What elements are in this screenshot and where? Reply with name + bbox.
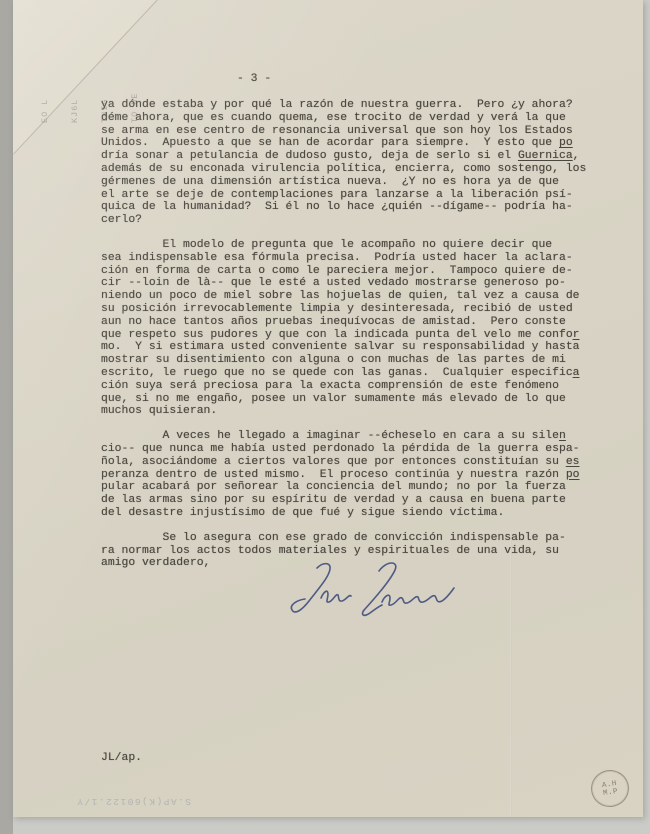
text-segment: cir --loin de là-- que le esté a usted v…	[101, 277, 566, 289]
showthrough-text-bottom-left: S.AP(K)60122.1/Y	[21, 796, 191, 807]
letter-line: el arte se deje de contemplaciones para …	[101, 189, 621, 202]
letter-page: EO L KJ6L THIG TO NE - 3 - ya dónde esta…	[13, 0, 643, 817]
text-segment: además de su enconada virulencia polític…	[101, 163, 586, 175]
text-segment: cerlo?	[101, 214, 142, 226]
text-segment: Unidos. Apuesto a que se han de acordar …	[101, 137, 559, 149]
typist-initials: JL/ap.	[101, 752, 142, 764]
letter-line: ción suya será preciosa para la exacta c…	[101, 380, 621, 393]
letter-line: gérmenes de una dimensión artística nuev…	[101, 176, 621, 189]
letter-line: quica de la humanidad? Si él no lo hace …	[101, 201, 621, 214]
letter-line: sea indispensable esa fórmula precisa. P…	[101, 252, 621, 265]
text-segment: ñola, asociándome a ciertos valores que …	[101, 456, 566, 468]
text-segment: mo. Y si estimara usted conveniente salv…	[101, 341, 580, 353]
text-segment: gérmenes de una dimensión artística nuev…	[101, 176, 559, 188]
text-segment: se arma en ese centro de resonancia univ…	[101, 125, 573, 137]
underlined-text: po	[559, 137, 573, 149]
paragraph: El modelo de pregunta que le acompaño no…	[101, 239, 621, 418]
signature-handwriting	[261, 558, 461, 628]
letter-line: ya dónde estaba y por qué la razón de nu…	[101, 99, 621, 112]
text-segment: de las armas sino por su espíritu de ver…	[101, 494, 566, 506]
text-segment: pular acabará por señorear la conciencia…	[101, 481, 566, 493]
letter-body: ya dónde estaba y por qué la razón de nu…	[101, 99, 621, 582]
signature	[261, 558, 461, 630]
text-segment: muchos quisieran.	[101, 405, 217, 417]
letter-line: escrito, le ruego que no se quede con la…	[101, 367, 621, 380]
letter-line: pular acabará por señorear la conciencia…	[101, 481, 621, 494]
underlined-text: n	[559, 430, 566, 442]
text-segment: cio-- que nunca me había usted perdonado…	[101, 443, 580, 455]
letter-line: cir --loin de là-- que le esté a usted v…	[101, 277, 621, 290]
paragraph: A veces he llegado a imaginar --écheselo…	[101, 430, 621, 520]
letter-line: Se lo asegura con ese grado de convicció…	[101, 532, 621, 545]
page-number: - 3 -	[237, 73, 271, 85]
stamp-line-2: M.P	[603, 787, 619, 797]
letter-line: además de su enconada virulencia polític…	[101, 163, 621, 176]
text-segment: El modelo de pregunta que le acompaño no…	[101, 239, 552, 251]
text-segment: ,	[573, 150, 580, 162]
text-segment: que respeto sus pudores y que con la ind…	[101, 329, 573, 341]
letter-line: aun no hace tantos años pruebas inequívo…	[101, 316, 621, 329]
text-segment: niendo un poco de miel sobre las hojuela…	[101, 290, 580, 302]
letter-line: cerlo?	[101, 214, 621, 227]
text-segment: escrito, le ruego que no se quede con la…	[101, 367, 573, 379]
archive-stamp: A.H M.P	[589, 768, 632, 810]
text-segment: quica de la humanidad? Si él no lo hace …	[101, 201, 573, 213]
text-segment: ya dónde estaba y por qué la razón de nu…	[101, 99, 573, 111]
text-segment: aun no hace tantos años pruebas inequívo…	[101, 316, 566, 328]
text-segment: ra normar los actos todos materiales y e…	[101, 545, 559, 557]
letter-line: muchos quisieran.	[101, 405, 621, 418]
underlined-text: Guernica	[518, 150, 573, 162]
underlined-text: r	[573, 329, 580, 341]
letter-line: déme ahora, que es cuando quema, ese tro…	[101, 112, 621, 125]
letter-line: niendo un poco de miel sobre las hojuela…	[101, 290, 621, 303]
letter-line: ción en forma de carta o como le parecie…	[101, 265, 621, 278]
letter-line: Unidos. Apuesto a que se han de acordar …	[101, 137, 621, 150]
text-segment: sea indispensable esa fórmula precisa. P…	[101, 252, 573, 264]
letter-line: cio-- que nunca me había usted perdonado…	[101, 443, 621, 456]
letter-line: se arma en ese centro de resonancia univ…	[101, 125, 621, 138]
text-segment: déme ahora, que es cuando quema, ese tro…	[101, 112, 566, 124]
text-segment: del desastre injustísimo de que fué y si…	[101, 507, 504, 519]
letter-line: del desastre injustísimo de que fué y si…	[101, 507, 621, 520]
text-segment: que, si no me engaño, posee un valor sum…	[101, 393, 566, 405]
letter-line: dría sonar a petulancia de dudoso gusto,…	[101, 150, 621, 163]
letter-line: ra normar los actos todos materiales y e…	[101, 545, 621, 558]
letter-line: mo. Y si estimara usted conveniente salv…	[101, 341, 621, 354]
letter-line: peranza dentro de usted mismo. El proces…	[101, 469, 621, 482]
showthrough-line: EO L	[40, 13, 50, 123]
letter-line: El modelo de pregunta que le acompaño no…	[101, 239, 621, 252]
letter-line: su posición irrevocablemente limpia y de…	[101, 303, 621, 316]
text-segment: su posición irrevocablemente limpia y de…	[101, 303, 573, 315]
letter-line: mostrar su disentimiento con alguna o co…	[101, 354, 621, 367]
text-segment: peranza dentro de usted mismo. El proces…	[101, 469, 566, 481]
letter-line: A veces he llegado a imaginar --écheselo…	[101, 430, 621, 443]
letter-line: que respeto sus pudores y que con la ind…	[101, 329, 621, 342]
text-segment: ción en forma de carta o como le parecie…	[101, 265, 573, 277]
underlined-text: a	[573, 367, 580, 379]
text-segment: Se lo asegura con ese grado de convicció…	[101, 532, 566, 544]
text-segment: amigo verdadero,	[101, 557, 210, 569]
letter-line: ñola, asociándome a ciertos valores que …	[101, 456, 621, 469]
paragraph: ya dónde estaba y por qué la razón de nu…	[101, 99, 621, 227]
scanner-edge-strip	[0, 0, 13, 834]
text-segment: el arte se deje de contemplaciones para …	[101, 189, 573, 201]
underlined-text: po	[566, 469, 580, 481]
text-segment: ción suya será preciosa para la exacta c…	[101, 380, 559, 392]
underlined-text: es	[566, 456, 580, 468]
showthrough-text-top-left: EO L KJ6L THIG TO NE	[20, 13, 76, 123]
text-segment: dría sonar a petulancia de dudoso gusto,…	[101, 150, 518, 162]
letter-line: de las armas sino por su espíritu de ver…	[101, 494, 621, 507]
text-segment: A veces he llegado a imaginar --écheselo…	[101, 430, 559, 442]
letter-line: que, si no me engaño, posee un valor sum…	[101, 393, 621, 406]
text-segment: mostrar su disentimiento con alguna o co…	[101, 354, 566, 366]
showthrough-line: KJ6L	[70, 13, 80, 123]
